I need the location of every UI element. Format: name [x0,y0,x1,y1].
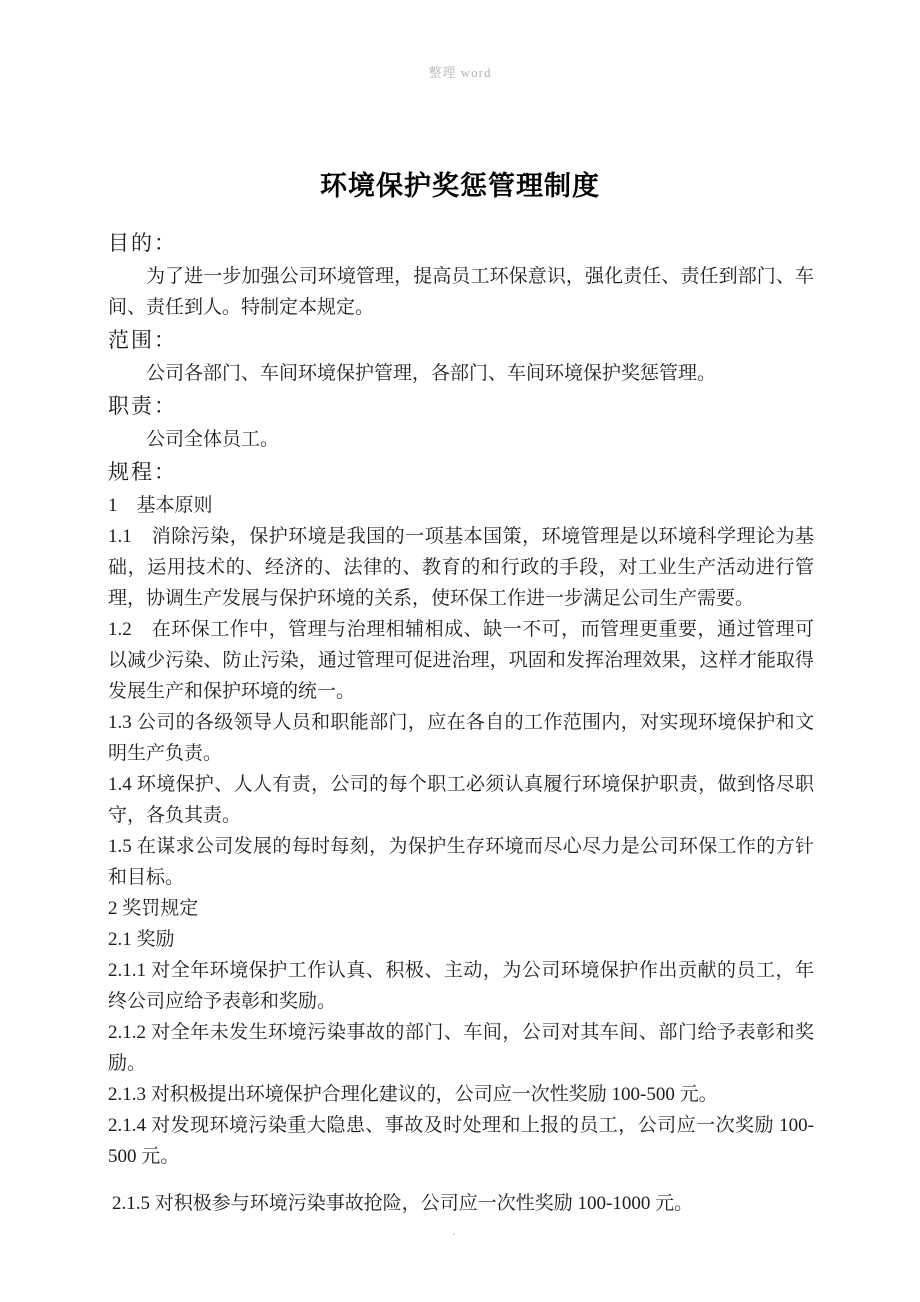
section-heading-responsibility: 职责： [108,389,814,424]
section-heading-scope: 范围： [108,323,814,358]
paragraph-1-5: 1.5 在谋求公司发展的每时每刻，为保护生存环境而尽心尽力是公司环保工作的方针和… [108,831,814,893]
paragraph-2-1-3: 2.1.3 对积极提出环境保护合理化建议的，公司应一次性奖励 100-500 元… [108,1079,814,1110]
document-title: 环境保护奖惩管理制度 [0,164,920,203]
paragraph-2-1-rewards: 2.1 奖励 [108,924,814,955]
paragraph-2-reward-rules: 2 奖罚规定 [108,893,814,924]
paragraph-responsibility: 公司全体员工。 [108,424,814,455]
paragraph-1-1: 1.1 消除污染，保护环境是我国的一项基本国策，环境管理是以环境科学理论为基础，… [108,521,814,614]
paragraph-scope: 公司各部门、车间环境保护管理，各部门、车间环境保护奖惩管理。 [108,358,814,389]
document-page: 整理 word 环境保护奖惩管理制度 目的： 为了进一步加强公司环境管理，提高员… [0,0,920,1302]
paragraph-2-1-2: 2.1.2 对全年未发生环境污染事故的部门、车间，公司对其车间、部门给予表彰和奖… [108,1017,814,1079]
paragraph-purpose: 为了进一步加强公司环境管理，提高员工环保意识，强化责任、责任到部门、车间、责任到… [108,261,814,323]
paragraph-2-1-1: 2.1.1 对全年环境保护工作认真、积极、主动，为公司环境保护作出贡献的员工，年… [108,955,814,1017]
paragraph-1-4: 1.4 环境保护、人人有责，公司的每个职工必须认真履行环境保护职责，做到恪尽职守… [108,769,814,831]
section-heading-procedure: 规程： [108,455,814,490]
page-footer-mark: · [452,1230,455,1241]
paragraph-1-basic-principles: 1 基本原则 [108,490,814,521]
watermark-text: 整理 word [0,62,920,81]
paragraph-2-1-5: 2.1.5 对积极参与环境污染事故抢险，公司应一次性奖励 100-1000 元。 [108,1188,814,1219]
paragraph-1-3: 1.3 公司的各级领导人员和职能部门，应在各自的工作范围内，对实现环境保护和文明… [108,707,814,769]
section-heading-purpose: 目的： [108,226,814,261]
paragraph-2-1-4: 2.1.4 对发现环境污染重大隐患、事故及时处理和上报的员工，公司应一次奖励 1… [108,1110,814,1172]
paragraph-1-2: 1.2 在环保工作中，管理与治理相辅相成、缺一不可，而管理更重要，通过管理可以减… [108,614,814,707]
document-body: 目的： 为了进一步加强公司环境管理，提高员工环保意识，强化责任、责任到部门、车间… [108,226,814,1219]
